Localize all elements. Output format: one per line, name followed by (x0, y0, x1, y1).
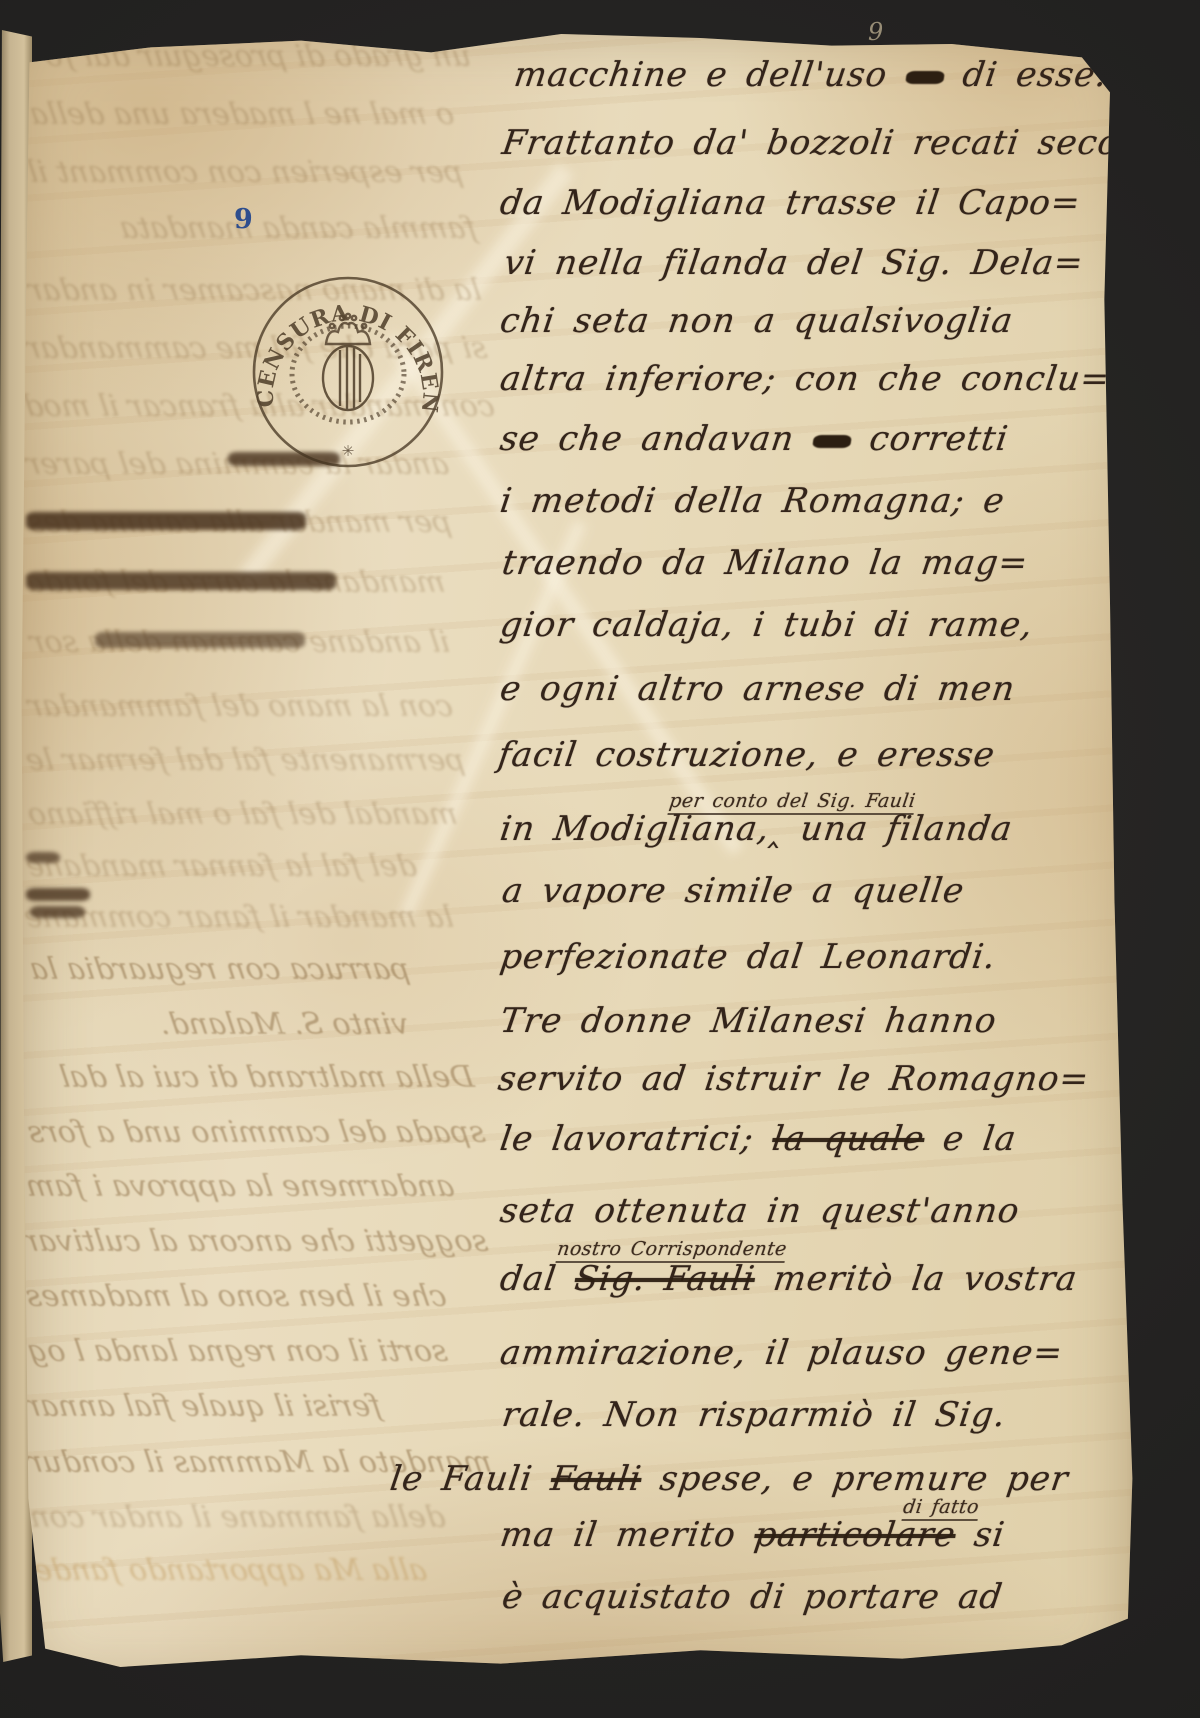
manuscript-word: chi seta non a qualsivoglia (498, 301, 1016, 341)
manuscript-word: Fauli (548, 1459, 644, 1499)
ink-blot (812, 435, 852, 448)
manuscript-word: in Modigliana,‸ una filanda (498, 809, 1016, 849)
manuscript-word: si (953, 1515, 1008, 1555)
manuscript-word: le lavoratrici; (498, 1119, 776, 1159)
bleedthrough-line: ferisi il quale fial annar (24, 1392, 383, 1422)
manuscript-line: a vapore simile a quelle (500, 874, 967, 908)
manuscript-line: chi seta non a qualsivoglia (498, 304, 1015, 338)
smudge-bar (30, 906, 85, 918)
ink-blot (905, 71, 945, 84)
manuscript-word: a vapore simile a quelle (500, 871, 968, 911)
manuscript-line: facil costruzione, e eresse (496, 738, 997, 772)
manuscript-word: le Fauli (388, 1459, 554, 1499)
manuscript-word: e la (922, 1119, 1020, 1159)
manuscript-line: macchine e dell'uso di esse. (512, 58, 1110, 92)
manuscript-line: Frattanto da' bozzoli recati seco (500, 126, 1122, 160)
manuscript-line: in Modigliana,‸ una filanda (498, 812, 1015, 846)
manuscript-line: traendo da Milano la mag= (500, 546, 1031, 580)
manuscript-line: da Modigliana trasse il Capo= (498, 186, 1083, 220)
bleedthrough-line: per esperien con commant il (26, 158, 465, 188)
manuscript-line: è acquistato di portare ad (500, 1580, 1005, 1614)
manuscript-word: è acquistato di portare ad (500, 1577, 1006, 1617)
manuscript-line: altra inferiore; con che conclu= (498, 362, 1112, 396)
bleedthrough-line: parruca con reguardia la (28, 955, 412, 985)
bleedthrough-line: vinto S. Maland. (158, 1010, 410, 1040)
manuscript-line: servito ad istruir le Romagno= (496, 1062, 1092, 1096)
bleedthrough-line: mins (118, 1688, 195, 1718)
smudge-bar (26, 512, 306, 530)
manuscript-word: servito ad istruir le Romagno= (496, 1059, 1092, 1099)
manuscript-word: da Modigliana trasse il Capo= (498, 183, 1084, 223)
manuscript-word: traendo da Milano la mag= (500, 543, 1031, 583)
bleedthrough-line: fammla canda mandata (118, 214, 478, 244)
smudge-bar (26, 888, 90, 901)
manuscript-word: Frattanto da' bozzoli recati seco (500, 123, 1123, 163)
manuscript-line: le Fauli Fauli spese, e premure per (388, 1462, 1071, 1496)
manuscript-word: gior caldaja, i tubi di rame, (498, 605, 1036, 645)
manuscript-line: perfezionate dal Leonardi. (498, 940, 998, 974)
manuscript-word: ma il merito (498, 1515, 758, 1555)
manuscript-word: e ogni altro arnese di men (498, 669, 1018, 709)
paper-sheet: un grado di proseguir dal foo mal ne l m… (16, 24, 1138, 1692)
bleedthrough-line: sorti il con regna landa l og (26, 1337, 450, 1367)
bleedthrough-line: un grado di proseguir dal fo (42, 42, 473, 72)
bleedthrough-line: la mandar il fanar commane (22, 903, 455, 933)
manuscript-word: ammirazione, il plauso gene= (498, 1333, 1066, 1373)
manuscript-line: le lavoratrici; la quale e la (498, 1122, 1019, 1156)
smudge-bar (95, 632, 305, 648)
manuscript-line: e ogni altro arnese di men (498, 672, 1017, 706)
manuscript-line: vi nella filanda del Sig. Dela= (502, 246, 1086, 280)
manuscript-word: i metodi della Romagna; e (498, 481, 1008, 521)
stamp-ornament-icon: ✳ (342, 442, 355, 460)
manuscript-word: meritò la vostra (752, 1259, 1080, 1299)
manuscript-word: la quale (770, 1119, 928, 1159)
stamp-shield-icon (323, 346, 373, 410)
manuscript-line: dal Sig. Fauli meritò la vostra (498, 1262, 1080, 1296)
bleedthrough-line: permanente fal dal fermar le (24, 746, 467, 776)
bleedthrough-line: andarmene la approva i fam (24, 1172, 456, 1202)
bleedthrough-line: alla Ma apportando fande (32, 1556, 429, 1586)
smudge-bar (26, 572, 336, 590)
manuscript-word: perfezionate dal Leonardi. (498, 937, 999, 977)
bleedthrough-line: mandal del fal o mal riffiano (26, 800, 459, 830)
bleedthrough-line: spada del cammino und a fors (26, 1118, 487, 1148)
manuscript-word: se che andavan (498, 419, 816, 459)
censura-stamp: CENSURA DI FIRENZE ✳ (248, 270, 448, 470)
manuscript-word: macchine e dell'uso (512, 55, 909, 95)
manuscript-word: corretti (848, 419, 1011, 459)
bleedthrough-line: soggetti che ancora al cultivar (22, 1227, 490, 1257)
bleedthrough-line: del fal la fannar mandane (24, 852, 419, 882)
smudge-bar (26, 852, 60, 863)
manuscript-line: i metodi della Romagna; e (498, 484, 1007, 518)
manuscript-line: Tre donne Milanesi hanno (498, 1004, 999, 1038)
bleedthrough-line: con la mano del fammandar (26, 692, 455, 722)
manuscript-word: dal (498, 1259, 578, 1299)
manuscript-word: Tre donne Milanesi hanno (498, 1001, 1000, 1041)
bleedthrough-line: Della maltrand di cui al dal (58, 1063, 476, 1093)
manuscript-word: particolare (752, 1515, 958, 1555)
bleedthrough-line: della fammane il andar con (28, 1503, 447, 1533)
manuscript-word: Sig. Fauli (572, 1259, 757, 1299)
page-number-blue: 9 (234, 204, 253, 235)
bleedthrough-line: che il ben sono al madames (24, 1282, 449, 1312)
manuscript-word: vi nella filanda del Sig. Dela= (502, 243, 1087, 283)
page-number-pencil: 9 (868, 18, 883, 46)
manuscript-word: di esse. (941, 55, 1110, 95)
manuscript-word: facil costruzione, e eresse (496, 735, 998, 775)
manuscript-word: seta ottenuta in quest'anno (498, 1191, 1023, 1231)
manuscript-word: spese, e premure per (639, 1459, 1071, 1499)
manuscript-line: nostro Corrispondente (556, 1240, 788, 1259)
manuscript-line: ma il merito particolare si (498, 1518, 1007, 1552)
manuscript-line: ammirazione, il plauso gene= (498, 1336, 1065, 1370)
manuscript-word: altra inferiore; con che conclu= (498, 359, 1113, 399)
manuscript-scan: un grado di proseguir dal foo mal ne l m… (0, 0, 1200, 1718)
bleedthrough-line: o mal ne l madera una della (28, 100, 456, 130)
manuscript-word: rale. Non risparmiò il Sig. (500, 1395, 1009, 1435)
manuscript-line: rale. Non risparmiò il Sig. (500, 1398, 1008, 1432)
manuscript-line: se che andavan corretti (498, 422, 1011, 456)
manuscript-line: seta ottenuta in quest'anno (498, 1194, 1022, 1228)
manuscript-line: gior caldaja, i tubi di rame, (498, 608, 1035, 642)
